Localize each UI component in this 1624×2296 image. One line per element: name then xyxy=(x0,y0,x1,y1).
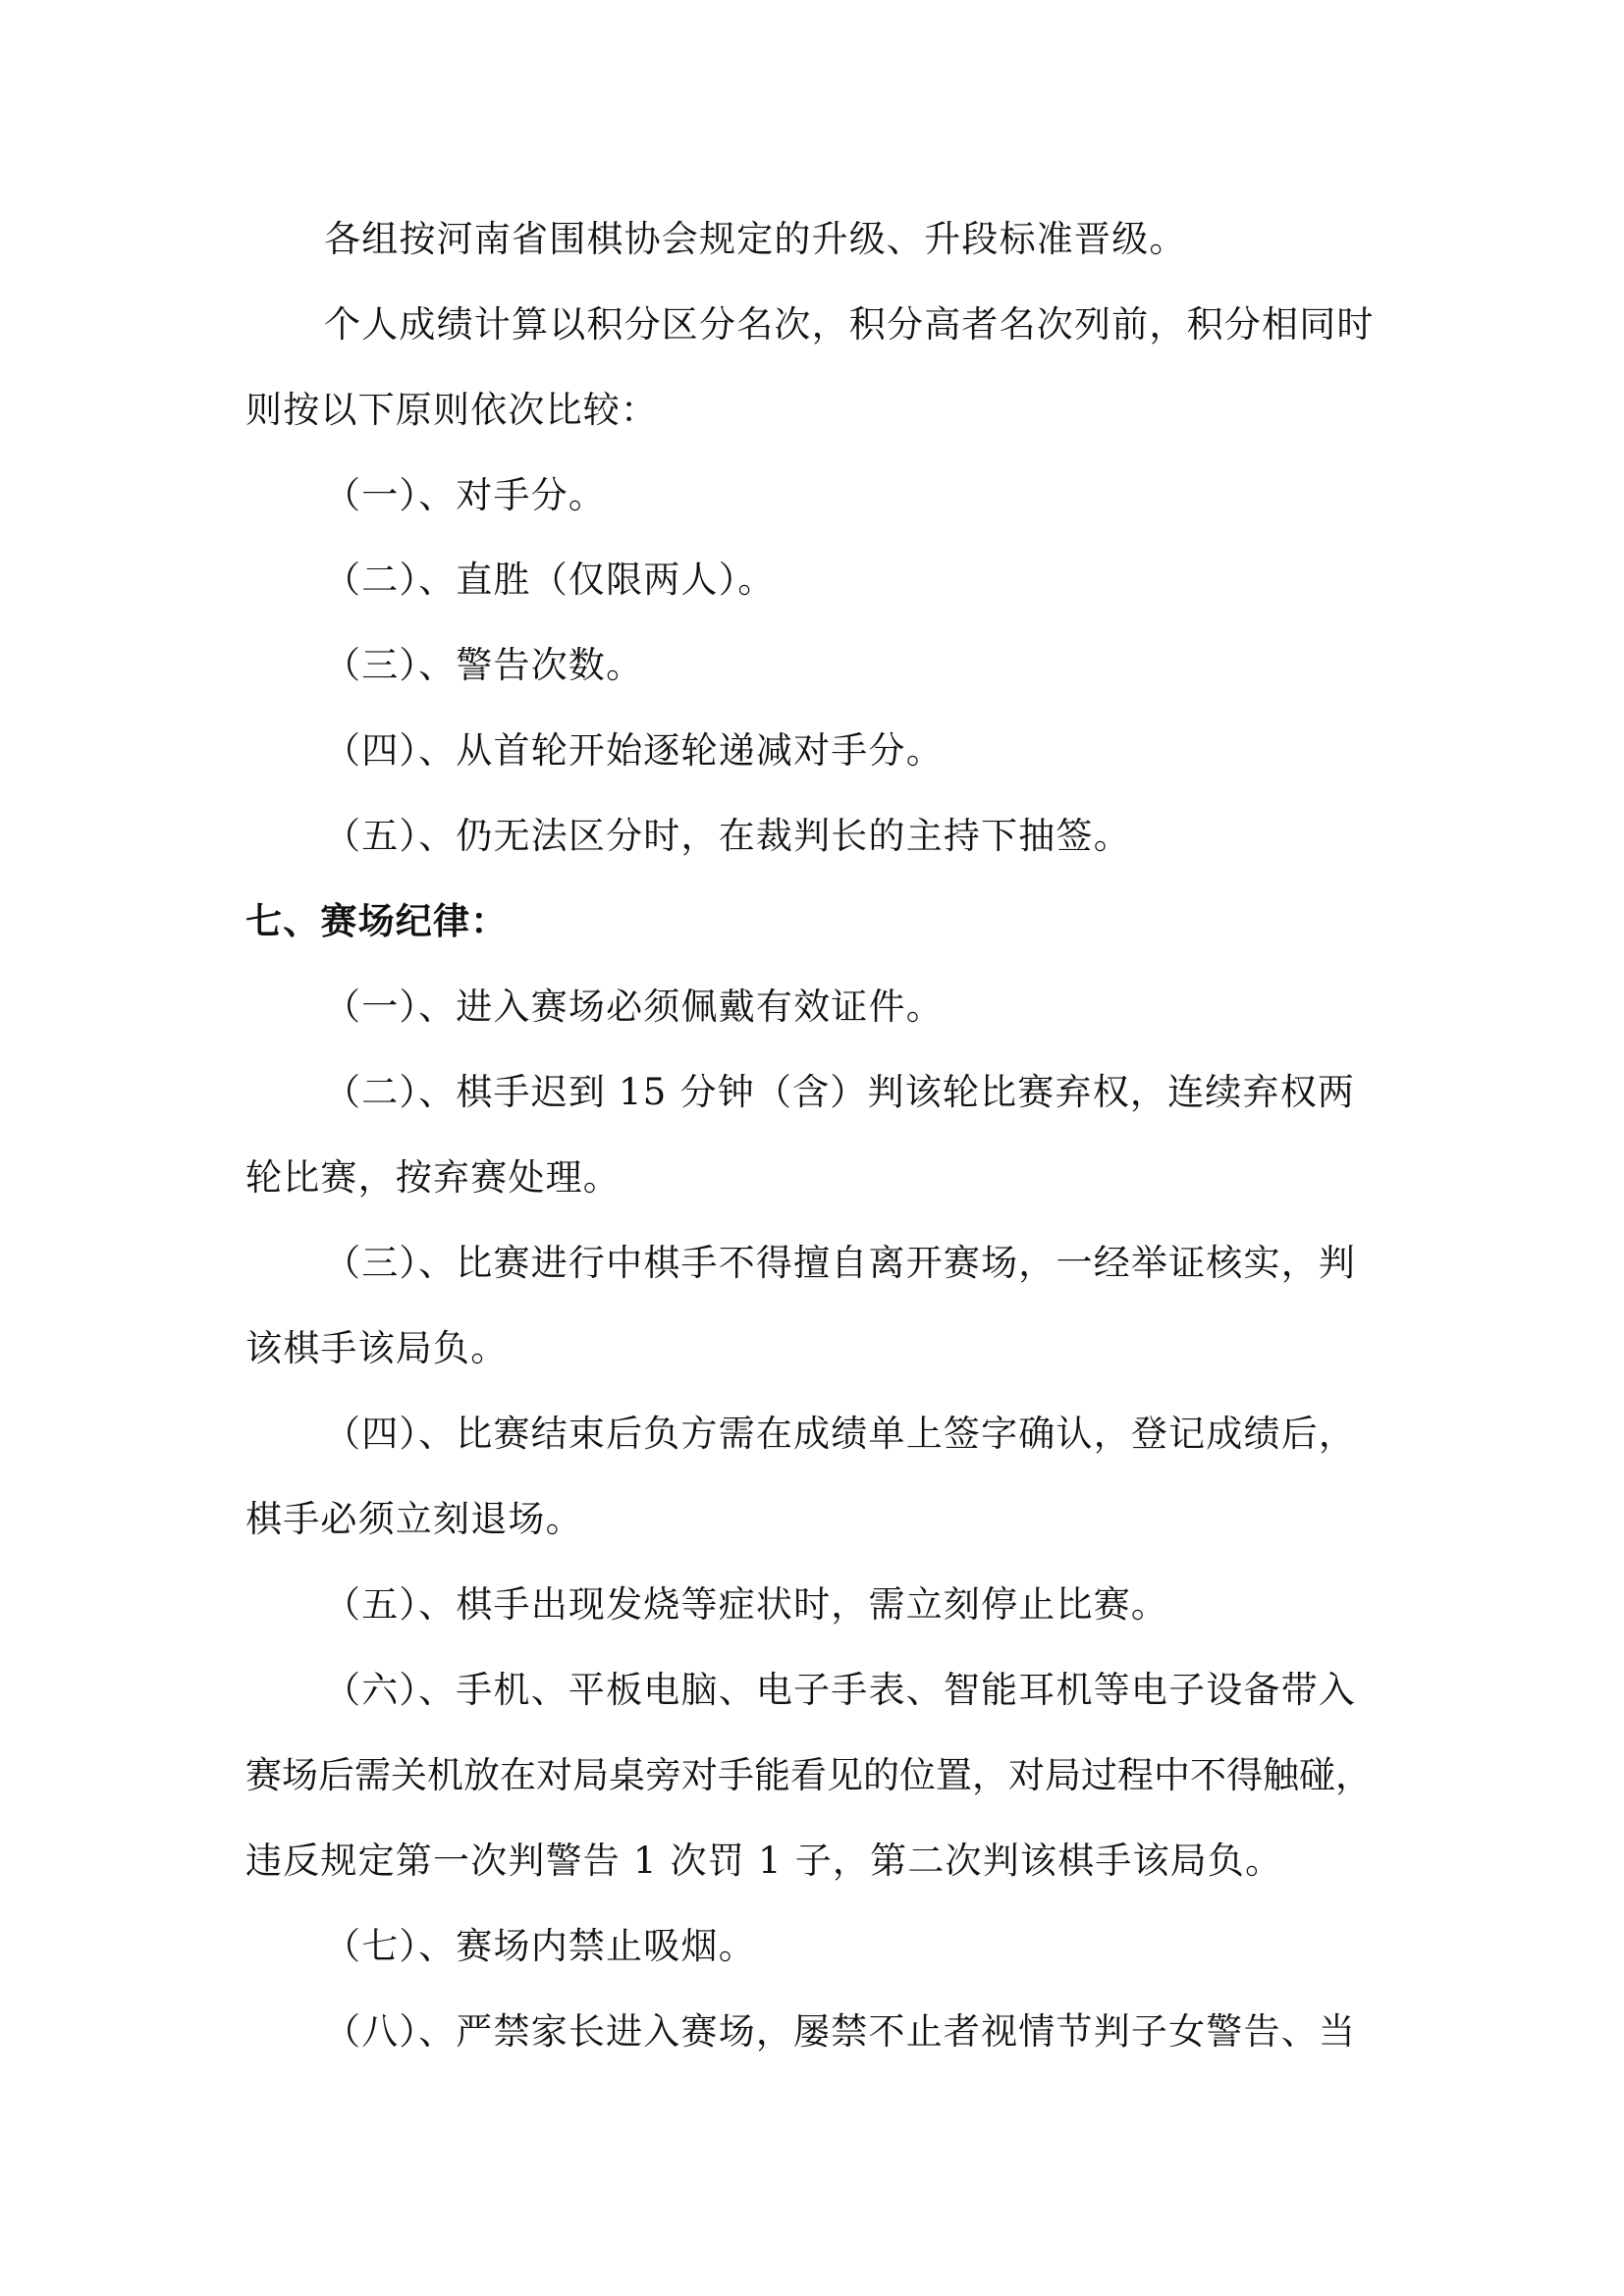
paragraph-promotion-standard: 各组按河南省围棋协会规定的升级、升段标准晋级。 xyxy=(324,218,1187,261)
tiebreak-item-1: （一）、对手分。 xyxy=(324,474,606,517)
rule-item-7: （七）、赛场内禁止吸烟。 xyxy=(324,1925,756,1968)
tiebreak-item-4: （四）、从首轮开始逐轮递减对手分。 xyxy=(324,729,944,773)
tiebreak-item-2: （二）、直胜（仅限两人）。 xyxy=(324,559,776,602)
rule-item-8-line1: （八）、严禁家长进入赛场，屡禁不止者视情节判子女警告、当 xyxy=(324,2010,1356,2054)
tiebreak-item-3: （三）、警告次数。 xyxy=(324,644,643,687)
tiebreak-item-5: （五）、仍无法区分时，在裁判长的主持下抽签。 xyxy=(324,815,1131,858)
rule-item-3-line1: （三）、比赛进行中棋手不得擅自离开赛场，一经举证核实，判 xyxy=(324,1242,1356,1285)
rule-item-5: （五）、棋手出现发烧等症状时，需立刻停止比赛。 xyxy=(324,1583,1168,1627)
document-page: 各组按河南省围棋协会规定的升级、升段标准晋级。 个人成绩计算以积分区分名次，积分… xyxy=(0,0,1624,2296)
rule-item-4-line1: （四）、比赛结束后负方需在成绩单上签字确认，登记成绩后， xyxy=(324,1413,1356,1456)
rule-item-6-line1: （六）、手机、平板电脑、电子手表、智能耳机等电子设备带入 xyxy=(324,1669,1356,1712)
paragraph-ranking-rule-line2: 则按以下原则依次比较： xyxy=(245,389,658,432)
rule-item-6-line3: 违反规定第一次判警告 1 次罚 1 子，第二次判该棋手该局负。 xyxy=(245,1840,1282,1883)
section-heading-venue-discipline: 七、赛场纪律： xyxy=(245,900,508,943)
rule-item-2-line2: 轮比赛，按弃赛处理。 xyxy=(245,1156,621,1200)
rule-item-6-line2: 赛场后需关机放在对局桌旁对手能看见的位置，对局过程中不得触碰， xyxy=(245,1754,1372,1797)
rule-item-3-line2: 该棋手该局负。 xyxy=(245,1327,508,1370)
rule-item-2-line1: （二）、棋手迟到 15 分钟（含）判该轮比赛弃权，连续弃权两 xyxy=(324,1071,1355,1114)
paragraph-ranking-rule-line1: 个人成绩计算以积分区分名次，积分高者名次列前，积分相同时 xyxy=(324,303,1375,347)
rule-item-4-line2: 棋手必须立刻退场。 xyxy=(245,1498,583,1541)
rule-item-1: （一）、进入赛场必须佩戴有效证件。 xyxy=(324,986,944,1029)
